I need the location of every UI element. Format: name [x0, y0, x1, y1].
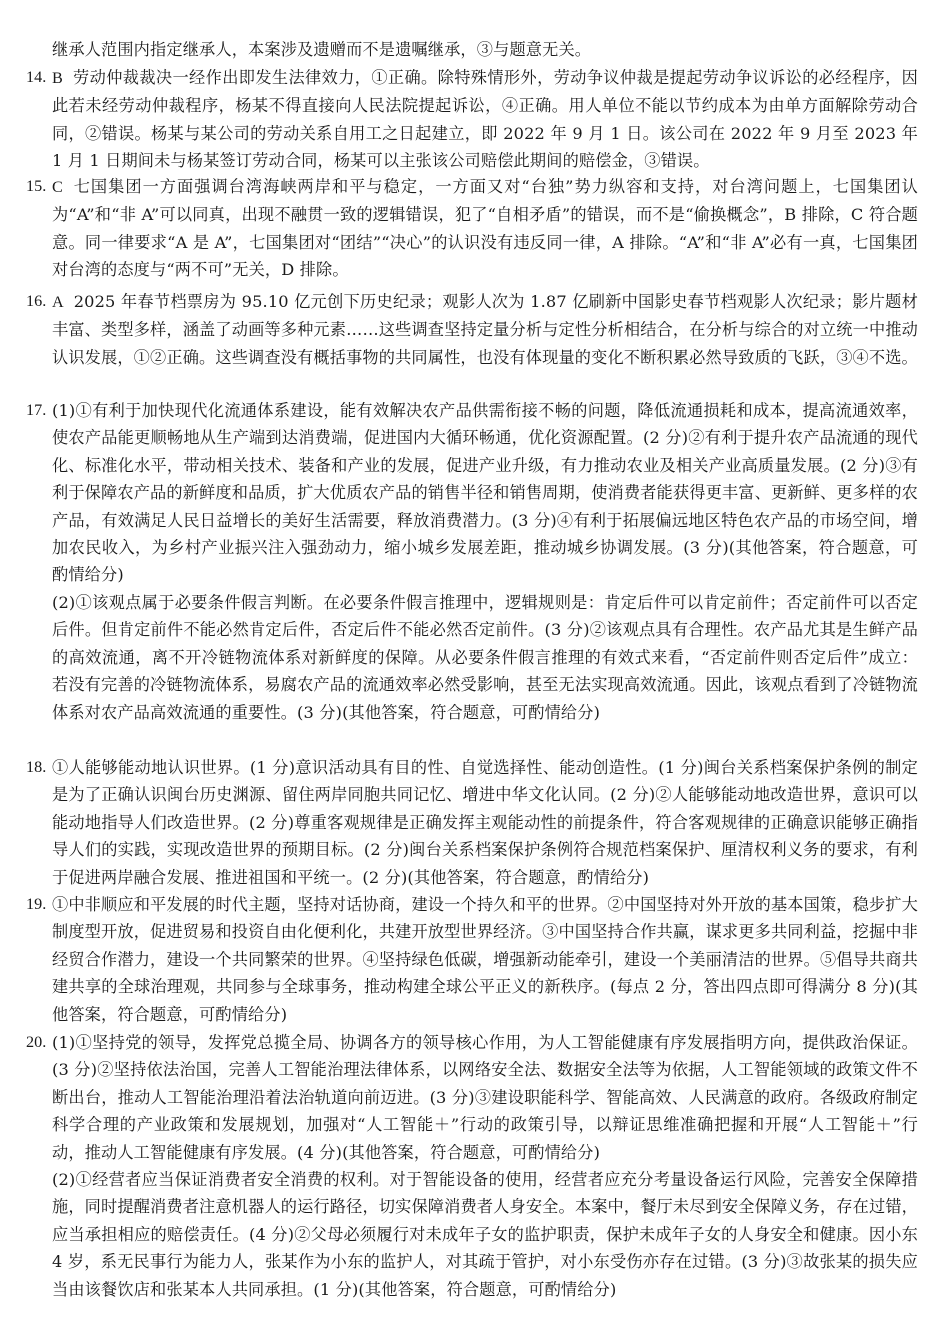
item-explanation: 七国集团一方面强调台湾海峡两岸和平与稳定，一方面又对“台独”势力纵容和支持，对台… — [52, 177, 918, 279]
answer-item-18: 18.①人能够能动地认识世界。(1 分)意识活动具有目的性、自觉选择性、能动创造… — [52, 754, 918, 891]
answer-item-20: 20.(1)①坚持党的领导，发挥党总揽全局、协调各方的领导核心作用，为人工智能健… — [52, 1029, 918, 1166]
item-explanation: ①中非顺应和平发展的时代主题，坚持对话协商，建设一个持久和平的世界。②中国坚持对… — [52, 895, 918, 1024]
answer-item-17: 17.(1)①有利于加快现代化流通体系建设，能有效解决农产品供需衔接不畅的问题，… — [52, 397, 918, 589]
item-number: 16. — [26, 288, 46, 315]
item-explanation: (1)①有利于加快现代化流通体系建设，能有效解决农产品供需衔接不畅的问题，降低流… — [52, 401, 918, 584]
answer-item-19: 19.①中非顺应和平发展的时代主题，坚持对话协商，建设一个持久和平的世界。②中国… — [52, 891, 918, 1028]
item-number: 14. — [26, 64, 46, 91]
item-number: 17. — [26, 397, 46, 424]
item-answer: A — [52, 293, 64, 311]
item-explanation: ①人能够能动地认识世界。(1 分)意识活动具有目的性、自觉选择性、能动创造性。(… — [52, 758, 918, 887]
item-answer: B — [52, 69, 63, 87]
item-number: 18. — [26, 754, 46, 781]
item-explanation: 劳动仲裁裁决一经作出即发生法律效力，①正确。除特殊情形外，劳动争议仲裁是提起劳动… — [52, 68, 918, 170]
item-explanation: 2025 年春节档票房为 95.10 亿元创下历史纪录；观影人次为 1.87 亿… — [52, 292, 918, 367]
item-explanation: (1)①坚持党的领导，发挥党总揽全局、协调各方的领导核心作用，为人工智能健康有序… — [52, 1033, 918, 1162]
answer-item-15: 15.C七国集团一方面强调台湾海峡两岸和平与稳定，一方面又对“台独”势力纵容和支… — [52, 173, 918, 284]
item-answer: C — [52, 178, 63, 196]
item-number: 19. — [26, 891, 46, 918]
answer-item-14: 14.B劳动仲裁裁决一经作出即发生法律效力，①正确。除特殊情形外，劳动争议仲裁是… — [52, 64, 918, 175]
item-number: 15. — [26, 173, 46, 200]
answer-item-20-part-2: (2)①经营者应当保证消费者安全消费的权利。对于智能设备的使用，经营者应充分考量… — [52, 1166, 918, 1303]
answer-item-17-part-2: (2)①该观点属于必要条件假言判断。在必要条件假言推理中，逻辑规则是：肯定后件可… — [52, 589, 918, 726]
answer-item-16: 16.A2025 年春节档票房为 95.10 亿元创下历史纪录；观影人次为 1.… — [52, 288, 918, 371]
continuation-paragraph: 继承人范围内指定继承人，本案涉及遗赠而不是遗嘱继承，③与题意无关。 — [52, 36, 918, 63]
item-number: 20. — [26, 1029, 46, 1056]
